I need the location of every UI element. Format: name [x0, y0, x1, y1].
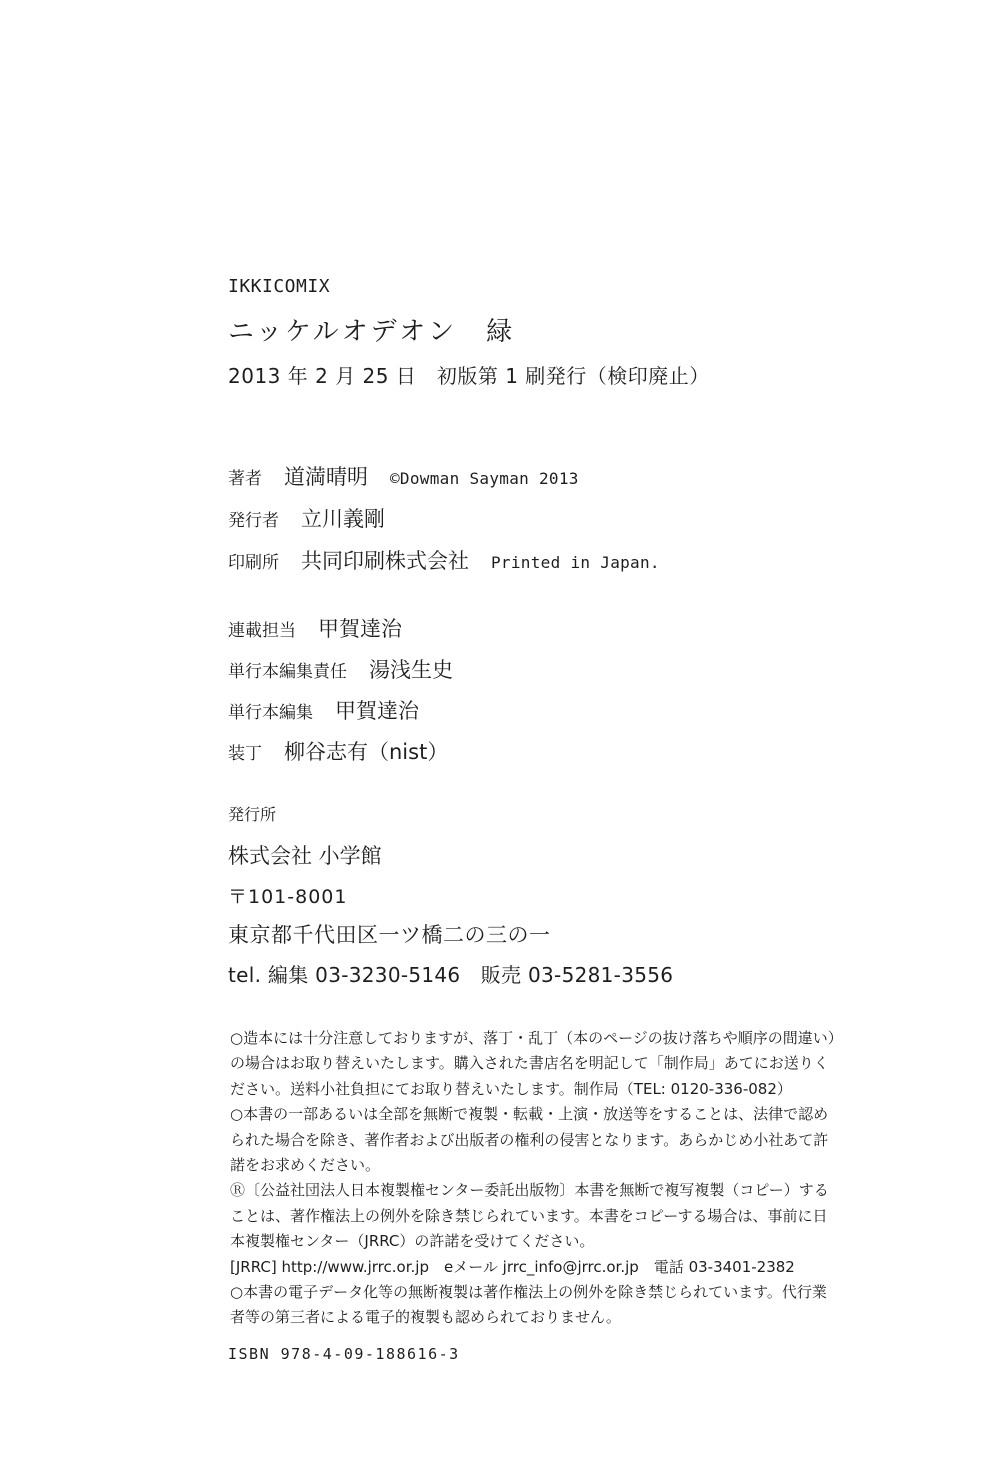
- staff-value: 柳谷志有（nist）: [284, 736, 448, 766]
- legal-line: 本複製権センター（JRRC）の許諾を受けてください。: [230, 1229, 870, 1254]
- credit-row-printer: 印刷所 共同印刷株式会社 Printed in Japan.: [228, 545, 660, 575]
- legal-line: Ⓡ〔公益社団法人日本複製権センター委託出版物〕本書を無断で複写複製（コピー）する: [230, 1178, 870, 1203]
- credit-label: 著者: [228, 464, 262, 489]
- credit-row-publisher-person: 発行者 立川義剛: [228, 503, 407, 533]
- legal-line: ○本書の電子データ化等の無断複製は著作権法上の例外を除き禁じられています。代行業: [230, 1280, 870, 1305]
- publisher-name: 株式会社 小学館: [228, 840, 382, 870]
- staff-value: 甲賀達治: [335, 695, 419, 725]
- legal-line: の場合はお取り替えいたします。購入された書店名を明記して「制作局」あてにお送りく: [230, 1051, 870, 1076]
- staff-row-volume-chief-editor: 単行本編集責任 湯浅生史: [228, 654, 453, 684]
- staff-value: 湯浅生史: [369, 654, 453, 684]
- imprint-label: IKKICOMIX: [228, 276, 330, 297]
- publisher-section-label: 発行所: [228, 802, 276, 825]
- publisher-postal-code: 〒101-8001: [228, 882, 347, 909]
- colophon-page: IKKICOMIX ニッケルオデオン 緑 2013 年 2 月 25 日 初版第…: [0, 0, 1000, 1461]
- legal-line: られた場合を除き、著作者および出版者の権利の侵害となります。あらかじめ小社あて許: [230, 1128, 870, 1153]
- credit-value: 立川義剛: [301, 503, 385, 533]
- staff-row-serial-editor: 連載担当 甲賀達治: [228, 613, 402, 643]
- staff-label: 連載担当: [228, 616, 296, 641]
- staff-label: 単行本編集責任: [228, 657, 347, 682]
- edition-line: 2013 年 2 月 25 日 初版第 1 刷発行（検印廃止）: [228, 360, 710, 389]
- publisher-telephone-line: tel. 編集 03-3230-5146 販売 03-5281-3556: [228, 959, 673, 988]
- staff-row-volume-editor: 単行本編集 甲賀達治: [228, 695, 419, 725]
- credit-row-author: 著者 道満晴明 ©Dowman Sayman 2013: [228, 461, 579, 491]
- staff-value: 甲賀達治: [318, 613, 402, 643]
- publisher-address: 東京都千代田区一ツ橋二の三の一: [228, 919, 551, 949]
- legal-line: 諾をお求めください。: [230, 1153, 870, 1178]
- staff-row-book-design: 装丁 柳谷志有（nist）: [228, 736, 448, 766]
- legal-line: ○造本には十分注意しておりますが、落丁・乱丁（本のページの抜け落ちや順序の間違い…: [230, 1026, 870, 1051]
- book-title: ニッケルオデオン 緑: [228, 311, 515, 348]
- legal-line: ○本書の一部あるいは全部を無断で複製・転載・上演・放送等をすることは、法律で認め: [230, 1102, 870, 1127]
- legal-line-jrrc-contact: [JRRC] http://www.jrrc.or.jp eメール jrrc_i…: [230, 1255, 870, 1280]
- isbn-number: ISBN 978-4-09-188616-3: [228, 1345, 460, 1363]
- copyright-note: ©Dowman Sayman 2013: [390, 469, 579, 488]
- legal-line: 者等の第三者による電子的複製も認められておりません。: [230, 1305, 870, 1330]
- staff-label: 単行本編集: [228, 698, 313, 723]
- staff-label: 装丁: [228, 739, 262, 764]
- legal-line: ことは、著作権法上の例外を除き禁じられています。本書をコピーする場合は、事前に日: [230, 1204, 870, 1229]
- credit-value: 共同印刷株式会社: [301, 545, 469, 575]
- legal-notices: ○造本には十分注意しておりますが、落丁・乱丁（本のページの抜け落ちや順序の間違い…: [230, 1026, 870, 1331]
- credit-label: 発行者: [228, 506, 279, 531]
- legal-line: ださい。送料小社負担にてお取り替えいたします。制作局（TEL: 0120-336…: [230, 1077, 870, 1102]
- credit-label: 印刷所: [228, 548, 279, 573]
- credit-value: 道満晴明: [284, 461, 368, 491]
- printed-in-japan-note: Printed in Japan.: [491, 553, 660, 572]
